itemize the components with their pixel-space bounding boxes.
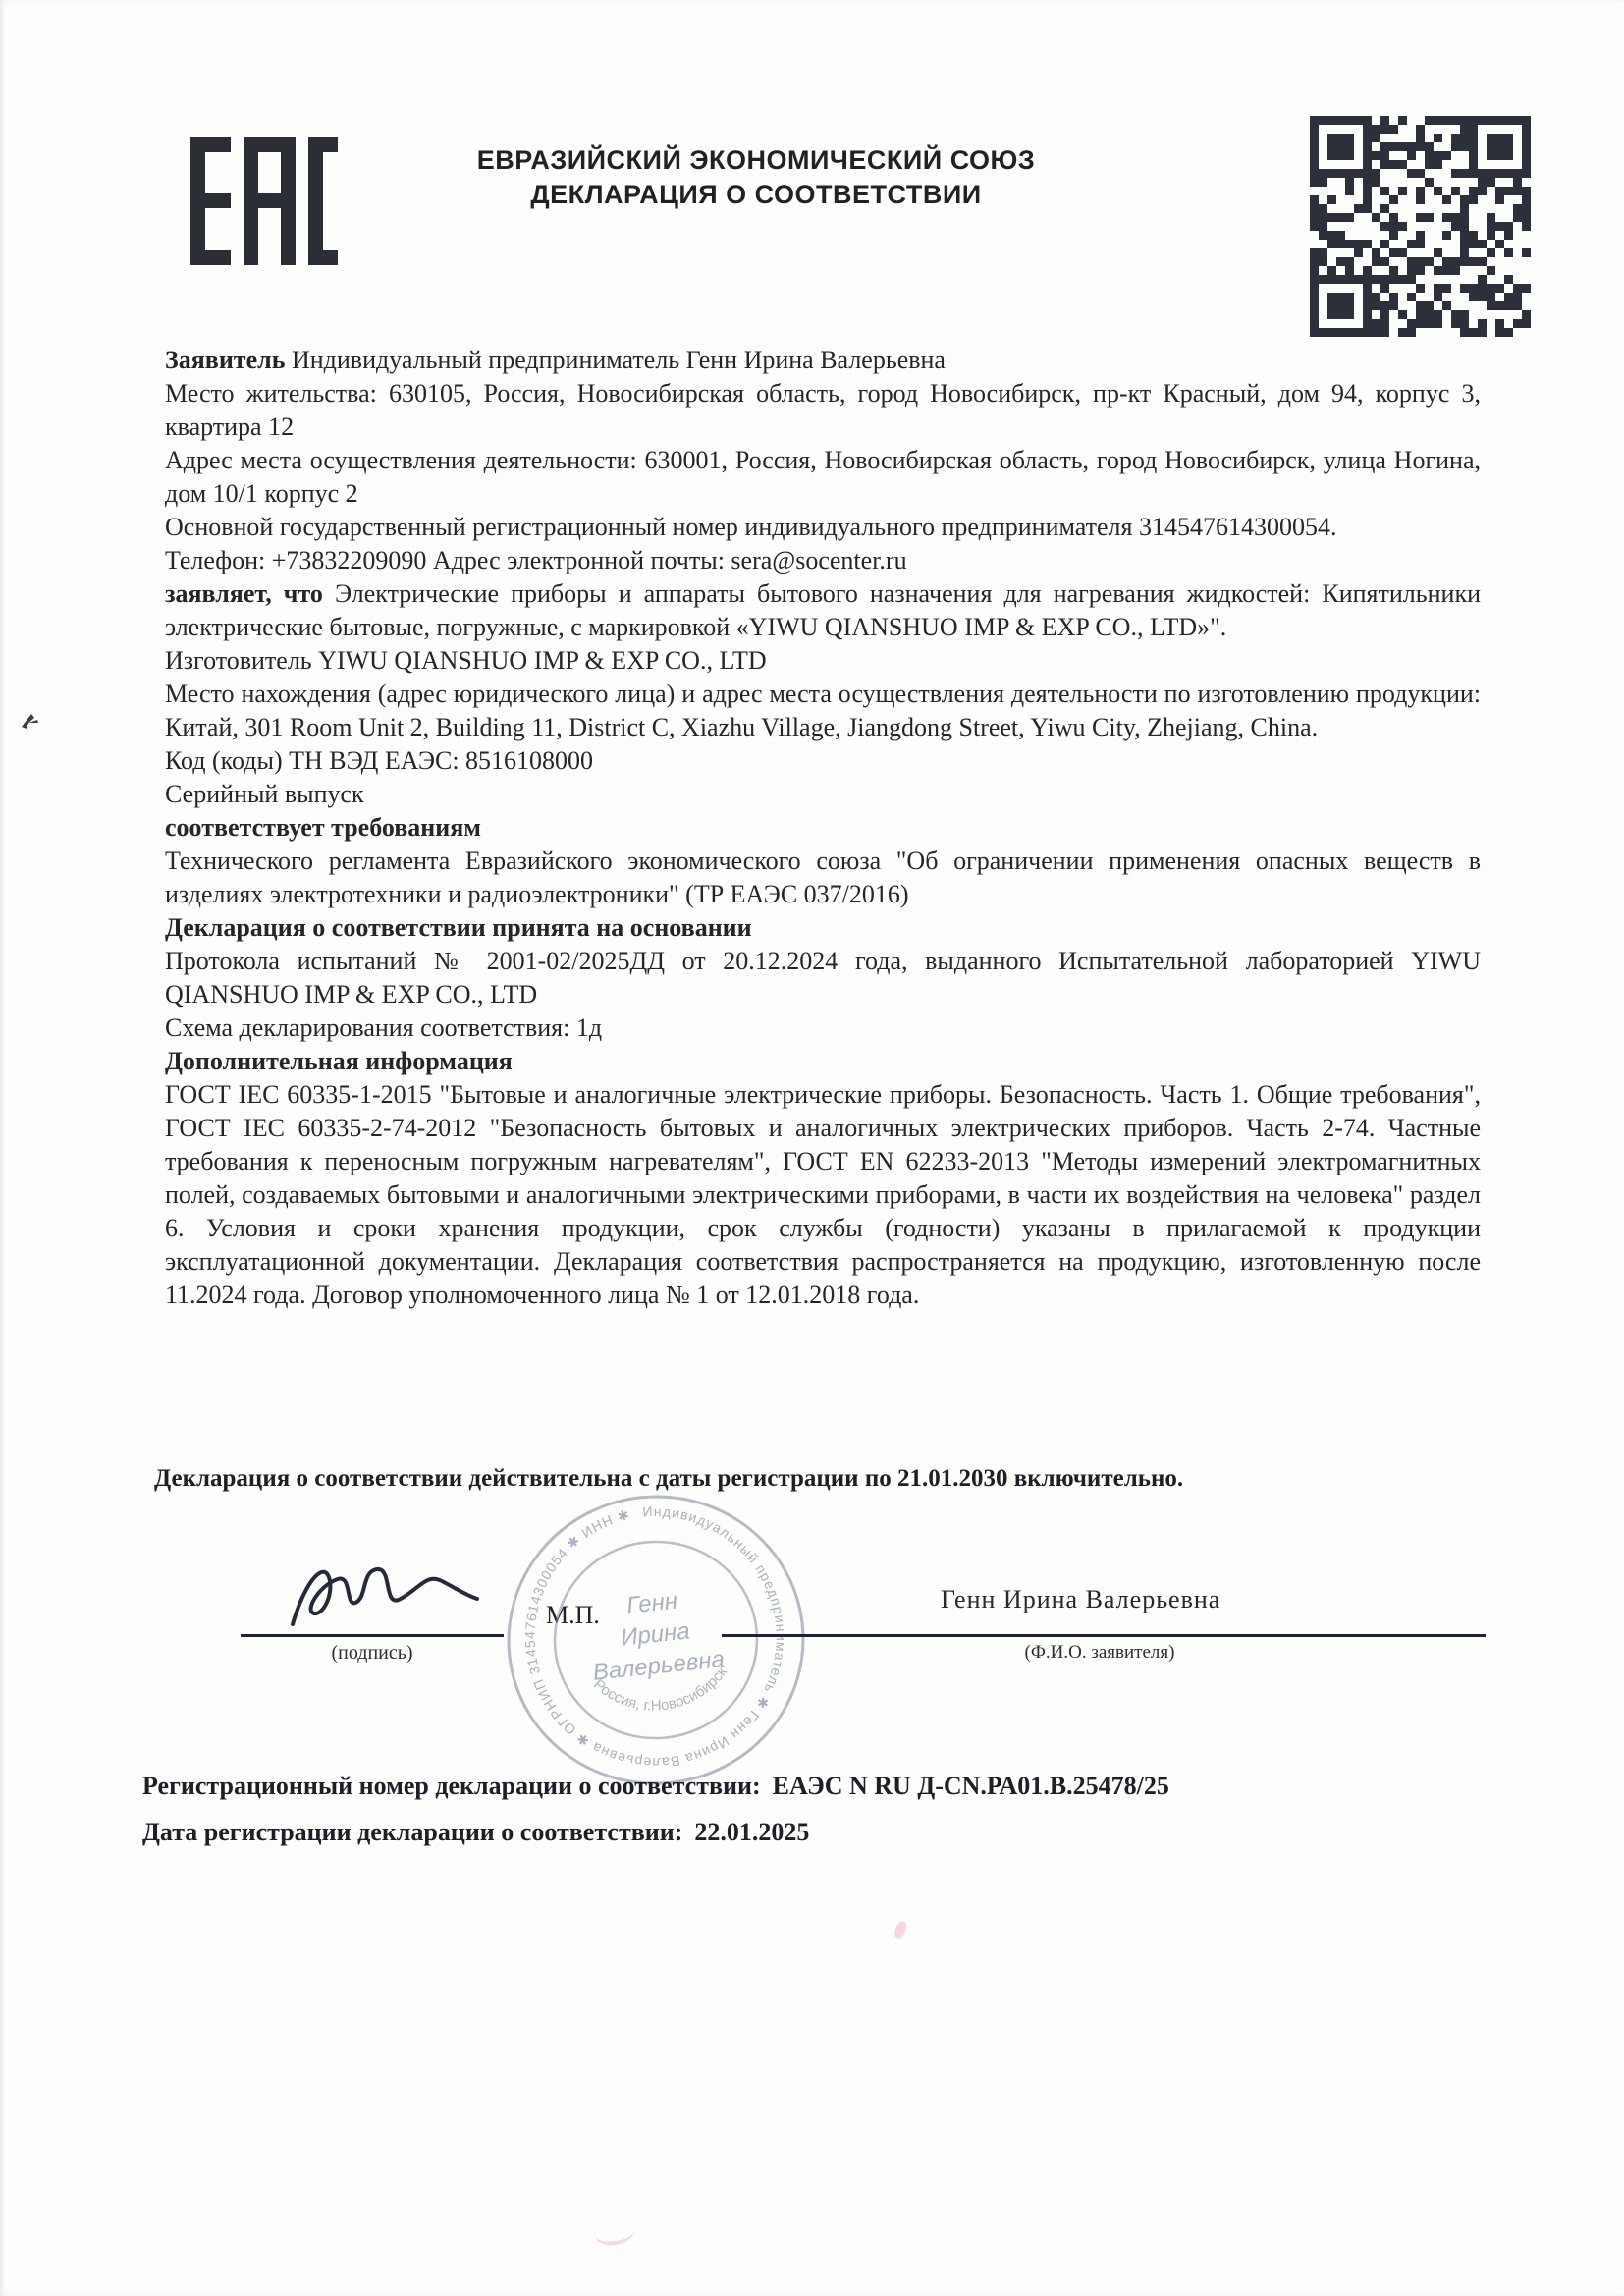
body-paragraph: ГОСТ IEC 60335-1-2015 "Бытовые и аналоги… [165, 1078, 1481, 1312]
registration-date-value: 22.01.2025 [694, 1818, 809, 1846]
signature-caption: (подпись) [241, 1642, 504, 1665]
eac-mark-icon [190, 137, 338, 265]
registration-number-label: Регистрационный номер декларации о соотв… [142, 1772, 761, 1800]
declaration-body: Заявитель Индивидуальный предприниматель… [165, 344, 1481, 1312]
body-paragraph: заявляет, что Электрические приборы и ап… [165, 577, 1481, 644]
applicant-name: Генн Ирина Валерьевна [941, 1585, 1220, 1614]
body-paragraph: Телефон: +73832209090 Адрес электронной … [165, 544, 1481, 577]
body-paragraph: Код (коды) ТН ВЭД ЕАЭС: 8516108000 [165, 744, 1481, 778]
body-paragraph: Место нахождения (адрес юридического лиц… [165, 678, 1481, 744]
stamp-center-line1: Генн [625, 1588, 678, 1619]
handwritten-signature [287, 1556, 483, 1638]
title-line-union: ЕВРАЗИЙСКИЙ ЭКОНОМИЧЕСКИЙ СОЮЗ [324, 143, 1188, 178]
body-paragraph: Протокола испытаний № 2001-02/2025ДД от … [165, 945, 1481, 1011]
title-line-declaration: ДЕКЛАРАЦИЯ О СООТВЕТСТВИИ [324, 178, 1188, 212]
registration-number-value: ЕАЭС N RU Д-CN.РА01.В.25478/25 [773, 1772, 1169, 1800]
body-paragraph: Схема декларирования соответствия: 1д [165, 1011, 1481, 1045]
body-paragraph: Заявитель Индивидуальный предприниматель… [165, 344, 1481, 377]
body-paragraph: Дополнительная информация [165, 1045, 1481, 1078]
body-paragraph: Декларация о соответствии принята на осн… [165, 911, 1481, 945]
document-title: ЕВРАЗИЙСКИЙ ЭКОНОМИЧЕСКИЙ СОЮЗ ДЕКЛАРАЦИ… [324, 143, 1188, 212]
fio-caption: (Ф.И.О. заявителя) [727, 1642, 1473, 1664]
validity-statement: Декларация о соответствии действительна … [154, 1465, 1480, 1493]
body-paragraph: Изготовитель YIWU QIANSHUO IMP & EXP CO.… [165, 644, 1481, 678]
registration-number-line: Регистрационный номер декларации о соотв… [142, 1772, 1517, 1801]
stamp-center-line2: Ирина [620, 1617, 691, 1651]
registration-date-line: Дата регистрации декларации о соответств… [142, 1818, 1517, 1847]
body-paragraph: Место жительства: 630105, Россия, Новоси… [165, 377, 1481, 444]
pink-smudge-artifact [594, 2219, 635, 2247]
round-stamp: Индивидуальный предприниматель ✱ Генн Ир… [475, 1468, 836, 1811]
body-paragraph: Технического регламента Евразийского эко… [165, 845, 1481, 911]
body-paragraph: Адрес места осуществления деятельности: … [165, 444, 1481, 511]
fio-line [722, 1634, 1486, 1637]
body-paragraph: Основной государственный регистрационный… [165, 511, 1481, 544]
body-paragraph: Серийный выпуск [165, 778, 1481, 811]
declaration-page: ЕВРАЗИЙСКИЙ ЭКОНОМИЧЕСКИЙ СОЮЗ ДЕКЛАРАЦИ… [0, 0, 1624, 2296]
ink-mark-artifact [18, 707, 43, 733]
qr-code [1304, 110, 1538, 344]
signature-line [241, 1634, 504, 1637]
body-paragraph: соответствует требованиям [165, 811, 1481, 845]
registration-date-label: Дата регистрации декларации о соответств… [142, 1818, 682, 1846]
pink-smudge-artifact [893, 1920, 907, 1940]
